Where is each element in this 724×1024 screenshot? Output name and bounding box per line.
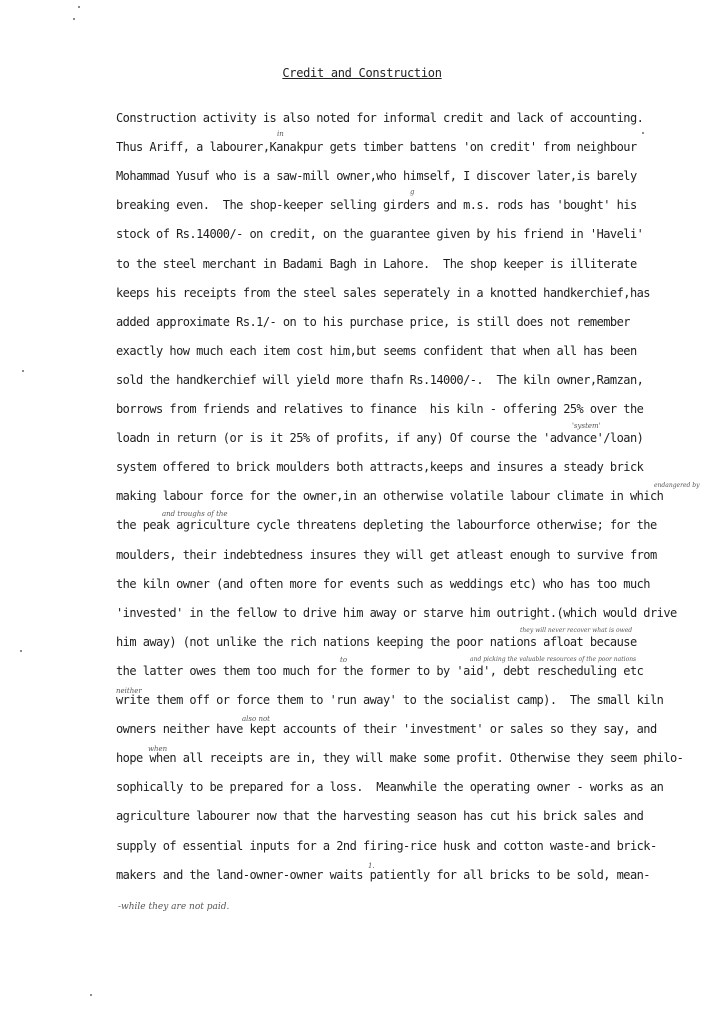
text-line: breaking even. The shop-keeper selling g…: [116, 198, 637, 212]
text-line: borrows from friends and relatives to fi…: [116, 402, 643, 416]
document-page: Credit and Construction Construction act…: [0, 0, 724, 1024]
scan-speck: [90, 994, 92, 996]
scan-speck: [78, 6, 80, 8]
text-line: the kiln owner (and often more for event…: [116, 577, 650, 591]
text-line: added approximate Rs.1/- on to his purch…: [116, 315, 630, 329]
text-line: Mohammad Yusuf who is a saw-mill owner,w…: [116, 169, 637, 183]
text-line: agriculture labourer now that the harves…: [116, 809, 643, 823]
text-line: sold the handkerchief will yield more th…: [116, 373, 643, 387]
text-line: to the steel merchant in Badami Bagh in …: [116, 257, 637, 271]
text-line: exactly how much each item cost him,but …: [116, 344, 637, 358]
text-line: the peak agriculture cycle threatens dep…: [116, 518, 657, 532]
document-title: Credit and Construction: [0, 66, 724, 80]
annotation: they will never recover what is owed: [520, 627, 632, 634]
text-line: owners neither have kept accounts of the…: [116, 722, 657, 736]
scan-speck: [73, 18, 75, 20]
text-line: 'invested' in the fellow to drive him aw…: [116, 606, 677, 620]
text-line: making labour force for the owner,in an …: [116, 489, 663, 503]
text-line: Construction activity is also noted for …: [116, 111, 643, 125]
annotation: endangered by: [654, 482, 700, 489]
text-line: moulders, their indebtedness insures the…: [116, 548, 657, 562]
text-line: makers and the land-owner-owner waits pa…: [116, 868, 650, 882]
annotation: in: [277, 130, 284, 138]
annotation: and picking the valuable resources of th…: [470, 656, 636, 663]
scan-speck: [642, 132, 644, 134]
annotation: g: [410, 188, 414, 196]
text-line: system offered to brick moulders both at…: [116, 460, 643, 474]
annotation: when: [148, 745, 167, 753]
handwritten-final-line: -while they are not paid.: [118, 902, 229, 912]
annotation: 'system': [572, 422, 601, 430]
text-line: sophically to be prepared for a loss. Me…: [116, 780, 663, 794]
annotation: neither: [116, 687, 142, 695]
annotation: also not: [242, 715, 270, 723]
scan-speck: [22, 370, 24, 372]
text-line: stock of Rs.14000/- on credit, on the gu…: [116, 227, 643, 241]
text-line: write them off or force them to 'run awa…: [116, 693, 663, 707]
text-line: hope when all receipts are in, they will…: [116, 751, 683, 765]
annotation: 1.: [368, 862, 375, 870]
annotation: to: [340, 656, 347, 664]
text-line: loadn in return (or is it 25% of profits…: [116, 431, 643, 445]
text-line: the latter owes them too much for the fo…: [116, 664, 643, 678]
text-line: him away) (not unlike the rich nations k…: [116, 635, 637, 649]
text-line: supply of essential inputs for a 2nd fir…: [116, 839, 657, 853]
annotation: and troughs of the: [162, 510, 228, 518]
text-line: Thus Ariff, a labourer,Kanakpur gets tim…: [116, 140, 637, 154]
text-line: keeps his receipts from the steel sales …: [116, 286, 650, 300]
scan-speck: [20, 650, 22, 652]
